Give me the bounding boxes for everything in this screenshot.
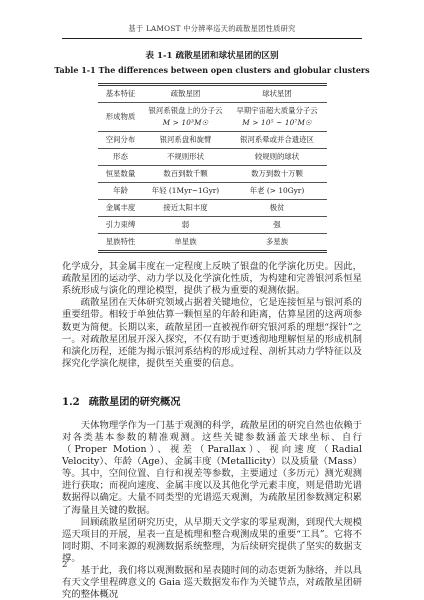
cell-globular: 强	[228, 217, 327, 234]
cell-open-formula: M > 10³M☉	[145, 118, 227, 128]
table-row: 引力束缚 弱 强	[98, 217, 327, 234]
cell-open: 不规则形状	[144, 149, 228, 166]
cell-globular-formula: M > 10⁵ ~ 10⁷M☉	[229, 118, 326, 128]
cell-open: 弱	[144, 217, 228, 234]
column-header-open-cluster: 疏散星团	[144, 85, 228, 103]
table-row: 金属丰度 接近太阳丰度 极贫	[98, 200, 327, 217]
cell-globular: 年老 (> 10Gyr)	[228, 183, 327, 200]
section-heading-1-2: 1.2疏散星团的研究概况	[62, 393, 362, 408]
clusters-comparison-table: 基本特征 疏散星团 球状星团 形成物质 银河系银盘上的分子云 M > 10³M☉…	[98, 83, 327, 253]
cell-globular-text: 早期宇宙超大质量分子云	[229, 106, 326, 116]
paragraph-open-cluster-importance: 疏散星团在天体研究领域占据着关键地位，它是连接恒星与银河系的重要纽带。相较于单独…	[62, 297, 362, 370]
cell-open: 单星族	[144, 234, 228, 252]
column-header-globular-cluster: 球状星团	[228, 85, 327, 103]
cell-feature: 空间分布	[98, 132, 144, 149]
cell-feature: 金属丰度	[98, 200, 144, 217]
paragraph-gaia-milestone: 基于此，我们将以观测数据和星表随时间的动态更新为脉络，并以具有天文学里程碑意义的…	[62, 565, 362, 600]
cell-open: 银河系银盘上的分子云 M > 10³M☉	[144, 102, 228, 131]
section-title: 疏散星团的研究概况	[89, 396, 181, 408]
paragraph-research-history: 回顾疏散星团研究历史，从早期天文学家的零星观测，到现代大规模巡天项目的开展，星表…	[62, 517, 362, 565]
table-row: 形态 不规则形状 较规则的球状	[98, 149, 327, 166]
cell-globular: 较规则的球状	[228, 149, 327, 166]
table-caption-zh: 表 1-1 疏散星团和球状星团的区别	[0, 49, 424, 61]
cell-globular: 多星族	[228, 234, 327, 252]
cell-open: 接近太阳丰度	[144, 200, 228, 217]
table-row: 年龄 年轻 (1Myr~1Gyr) 年老 (> 10Gyr)	[98, 183, 327, 200]
cell-open: 银河系盘和旋臂	[144, 132, 228, 149]
cell-globular: 极贫	[228, 200, 327, 217]
cell-feature: 恒星数量	[98, 166, 144, 183]
running-head: 基于 LAMOST 中分辨率巡天的疏散星团性质研究	[62, 0, 362, 39]
table-row: 空间分布 银河系盘和旋臂 银河系晕或并合遗迹区	[98, 132, 327, 149]
table-row: 形成物质 银河系银盘上的分子云 M > 10³M☉ 早期宇宙超大质量分子云 M …	[98, 102, 327, 131]
paragraph-observation-parameters: 天体物理学作为一门基于观测的科学，疏散星团的研究自然也依赖于对各类基本参数的精准…	[62, 420, 362, 517]
paragraph-chemical-composition: 化学成分，其金属丰度在一定程度上反映了银盘的化学演化历史。因此，疏散星团的运动学…	[62, 261, 362, 297]
table-row: 星族特性 单星族 多星族	[98, 234, 327, 252]
cell-feature: 年龄	[98, 183, 144, 200]
table-header-row: 基本特征 疏散星团 球状星团	[98, 85, 327, 103]
table-caption-en: Table 1-1 The differences between open c…	[0, 65, 424, 75]
cell-open-text: 银河系银盘上的分子云	[145, 106, 227, 116]
cell-feature: 星族特性	[98, 234, 144, 252]
cell-feature: 引力束缚	[98, 217, 144, 234]
page-number: 2	[62, 560, 67, 570]
column-header-feature: 基本特征	[98, 85, 144, 103]
thesis-page: 基于 LAMOST 中分辨率巡天的疏散星团性质研究 表 1-1 疏散星团和球状星…	[0, 0, 424, 600]
cell-open: 数百到数千颗	[144, 166, 228, 183]
cell-globular: 银河系晕或并合遗迹区	[228, 132, 327, 149]
section-number: 1.2	[62, 396, 80, 408]
cell-open: 年轻 (1Myr~1Gyr)	[144, 183, 228, 200]
table-row: 恒星数量 数百到数千颗 数万到数十万颗	[98, 166, 327, 183]
cell-feature: 形成物质	[98, 102, 144, 131]
cell-globular: 数万到数十万颗	[228, 166, 327, 183]
cell-globular: 早期宇宙超大质量分子云 M > 10⁵ ~ 10⁷M☉	[228, 102, 327, 131]
cell-feature: 形态	[98, 149, 144, 166]
